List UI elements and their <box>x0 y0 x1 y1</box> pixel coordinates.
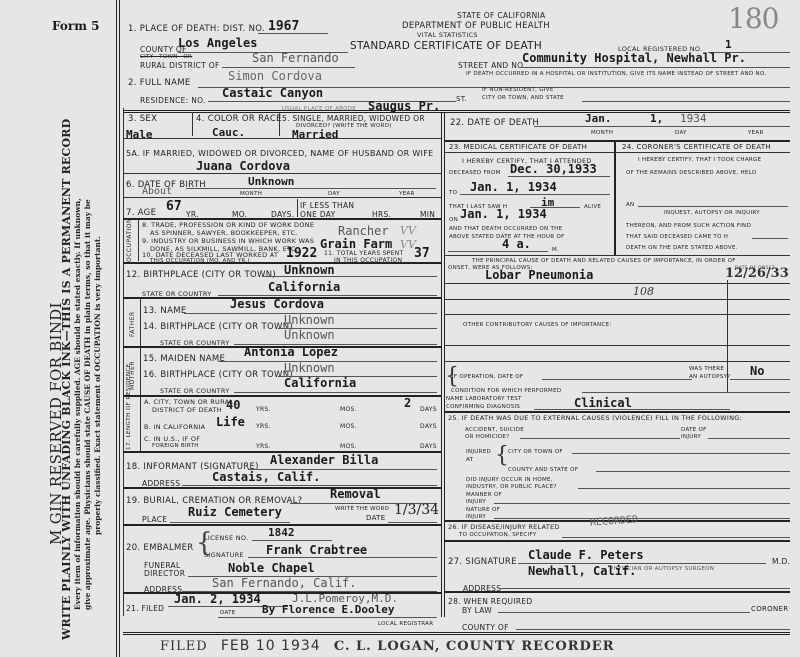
hospital-note: IF DEATH OCCURRED IN A HOSPITAL OR INSTI… <box>466 71 766 77</box>
place-of-death-label: 1. PLACE OF DEATH: DIST. NO. <box>128 24 265 34</box>
mother-birthplace-state: California <box>284 376 356 390</box>
injured-at-label-2: AT <box>466 457 473 463</box>
local-registered-value: 1 <box>725 38 732 51</box>
injury-county-label: COUNTY AND STATE OF <box>508 467 578 473</box>
recorded-stamp: RECORDED <box>590 514 639 528</box>
nature-label-1: NATURE OF <box>466 507 500 513</box>
filed-by: By Florence E.Dooley <box>262 603 394 616</box>
frame-left-border <box>116 0 120 657</box>
injured-at-label-1: INJURED <box>466 449 491 455</box>
res-b-yrs: YRS. <box>256 423 271 430</box>
burial-date: 1/3/34 <box>394 502 439 518</box>
date-of-injury-label-2: INJURY <box>681 434 701 440</box>
cause-code: 108 <box>633 285 654 298</box>
city-town-label: CITY—TOWN—OR <box>140 54 192 60</box>
deceased-from-label: DECEASED FROM <box>449 170 501 176</box>
burial-type: Removal <box>330 487 381 501</box>
license-value: 1842 <box>268 526 295 539</box>
death-month-label: MONTH <box>591 130 613 136</box>
coroner-county-label: COUNTY OF <box>462 623 509 632</box>
age-label: 7. AGE <box>126 208 156 218</box>
rural-district-label: RURAL DISTRICT OF <box>140 61 220 70</box>
burial-place: Ruiz Cemetery <box>188 505 282 519</box>
father-birthplace-state: Unknown <box>284 328 335 342</box>
death-year: 1934 <box>680 112 707 125</box>
margin-instructions-2: give approximate age. Physicians should … <box>83 199 92 610</box>
lab-test-label-2: CONFIRMING DIAGNOSIS <box>446 404 520 410</box>
form-number: Form 5 <box>52 19 99 33</box>
res-c-label-1: C. IN U.S., IF OF <box>144 435 200 443</box>
res-a-days-label: DAYS <box>420 406 437 413</box>
marital-value: Married <box>292 128 338 141</box>
when-required-label-2: BY LAW <box>462 606 492 615</box>
margin-ink-warning: WRITE PLAINLY WITH UNFADING BLACK INK—TH… <box>60 119 73 640</box>
recorder-filed-stamp: FILED FEB 10 1934 C. L. LOGAN, COUNTY RE… <box>160 638 615 654</box>
state-header: STATE OF CALIFORNIA <box>457 11 545 20</box>
operation-date-label: IF OPERATION, DATE OF <box>452 374 523 380</box>
burial-place-label: PLACE <box>142 515 167 524</box>
margin-instructions-3: properly classified. Exact statement of … <box>93 236 102 535</box>
occ-related-label-2: TO OCCUPATION, SPECIFY <box>459 532 537 538</box>
cause-of-death: Lobar Pneumonia <box>485 268 593 282</box>
coroner-an-label: AN <box>626 202 634 208</box>
death-certificate-page: Form 5 M GIN RESERVED FOR BINDI WRITE PL… <box>0 0 800 657</box>
coroner-line-3: THEREON, AND FROM SUCH ACTION FIND <box>626 223 751 229</box>
father-birthplace-label: 14. BIRTHPLACE (CITY OR TOWN) <box>143 322 293 332</box>
last-worked-value: 1922 <box>286 246 317 261</box>
res-b-label: B. IN CALIFORNIA <box>144 423 205 431</box>
residence-label: RESIDENCE: NO. <box>140 96 206 105</box>
res-a-days: 2 <box>404 396 411 410</box>
industry-value: Grain Farm <box>320 237 392 251</box>
burial-write-word: WRITE THE WORD <box>335 506 389 512</box>
trade-check-marks: VV <box>400 224 416 237</box>
margin-instructions-1: Every item of information should be care… <box>73 198 82 610</box>
full-name-value: Simon Cordova <box>228 69 322 83</box>
informant-address: Castais, Calif. <box>212 470 320 484</box>
physician-signature-label: 27. SIGNATURE <box>448 557 517 567</box>
physician-signature: Claude F. Peters <box>528 548 644 562</box>
occ-related-label-1: 26. IF DISEASE/INJURY RELATED <box>448 523 560 531</box>
certificate-title: STANDARD CERTIFICATE OF DEATH <box>350 40 542 52</box>
street-label: STREET AND NO. <box>458 61 526 70</box>
funeral-director-value: Noble Chapel <box>228 561 315 575</box>
res-a-yrs: YRS. <box>256 406 271 413</box>
manner-label-1: MANNER OF <box>466 492 502 498</box>
attended-from: Dec. 30,1933 <box>510 162 597 176</box>
street-value: Community Hospital, Newhall Pr. <box>522 51 746 65</box>
attended-to-label: TO <box>449 190 457 196</box>
on-label: ON <box>449 217 458 223</box>
filed-date: Jan. 2, 1934 <box>174 592 261 606</box>
res-b-days-label: DAYS <box>420 423 437 430</box>
trade-label-1: 8. TRADE, PROFESSION OR KIND OF WORK DON… <box>142 221 314 229</box>
recorder-name: C. L. LOGAN, COUNTY RECORDER <box>334 639 615 654</box>
res-a-years: 40 <box>226 398 240 412</box>
funeral-director-label-2: DIRECTOR <box>144 569 185 578</box>
onset-date: 12/26/33 <box>725 266 789 281</box>
county-value: Los Angeles <box>178 36 257 50</box>
autopsy-label-1: WAS THERE <box>689 366 724 372</box>
father-side-label: FATHER <box>129 311 136 337</box>
mother-maiden-label: 15. MAIDEN NAME <box>143 354 225 364</box>
last-saw-date: Jan. 1, 1934 <box>460 207 547 221</box>
lab-test-value: Clinical <box>574 396 632 410</box>
filed-date-label: DATE <box>220 610 236 616</box>
trade-value: Rancher <box>338 224 389 238</box>
hour-m-label: M. <box>552 247 559 253</box>
father-name-value: Jesus Cordova <box>230 297 324 311</box>
medical-cert-title: 23. MEDICAL CERTIFICATE OF DEATH <box>449 143 587 151</box>
dob-value: Unknown <box>248 175 294 188</box>
coroner-label: CORONER <box>751 605 788 613</box>
death-day-label: DAY <box>675 130 687 136</box>
residence-value: Castaic Canyon <box>222 86 323 100</box>
attended-to: Jan. 1, 1934 <box>470 180 557 194</box>
res-a-mos: MOS. <box>340 406 357 413</box>
local-registrar-label: LOCAL REGISTRAR <box>378 621 433 627</box>
department-header: DEPARTMENT OF PUBLIC HEALTH <box>402 21 550 31</box>
birthplace-city: Unknown <box>284 263 335 277</box>
injury-where-label-2: INDUSTRY, OR PUBLIC PLACE? <box>466 484 557 490</box>
residence-st-suffix: ST. <box>456 95 467 103</box>
res-c-mos: MOS. <box>340 443 357 450</box>
autopsy-value: No <box>750 364 764 378</box>
father-name-label: 13. NAME <box>143 306 187 316</box>
embalmer-signature: Frank Crabtree <box>266 543 367 557</box>
total-years-label-1: 11. TOTAL YEARS SPENT <box>324 250 404 257</box>
death-hour: 4 a. <box>502 237 531 251</box>
birthplace-label: 12. BIRTHPLACE (CITY OR TOWN) <box>126 270 276 280</box>
recorder-filed-date: FEB 10 1934 <box>221 638 321 654</box>
recorder-filed-word: FILED <box>160 639 208 654</box>
informant-name: Alexander Billa <box>270 453 378 467</box>
less-than-label-1: IF LESS THAN <box>300 201 354 210</box>
occupation-side-label: OCCUPATION <box>126 218 133 262</box>
nonresident-label-1: IF NON-RESIDENT, GIVE <box>482 87 554 93</box>
injured-brace: { <box>495 443 509 468</box>
race-label: 4. COLOR OR RACE <box>196 114 282 124</box>
date-of-death-label: 22. DATE OF DEATH <box>450 118 539 128</box>
coroner-line-1: I HEREBY CERTIFY, THAT I TOOK CHARGE <box>638 157 761 163</box>
other-causes-label: OTHER CONTRIBUTORY CAUSES OF IMPORTANCE: <box>463 322 612 328</box>
coroner-line-4: THAT SAID DECEASED CAME TO H <box>626 234 728 240</box>
when-required-label-1: 28. WHEN REQUIRED <box>448 597 532 606</box>
coroner-line-2: OF THE REMAINS DESCRIBED ABOVE, HELD <box>626 170 757 176</box>
principal-cause-label-1: THE PRINCIPAL CAUSE OF DEATH AND RELATED… <box>472 258 736 264</box>
res-c-yrs: YRS. <box>256 443 271 450</box>
nonresident-label-2: CITY OR TOWN, AND STATE <box>482 95 564 101</box>
birthplace-state: California <box>268 280 340 294</box>
accident-label-2: OR HOMICIDE? <box>465 434 509 440</box>
death-year-label: YEAR <box>748 130 764 136</box>
trade-label-2: AS SPINNER, SAWYER, BOOKKEEPER, ETC. <box>150 229 298 237</box>
burial-date-label: DATE <box>366 514 385 522</box>
division-header: VITAL STATISTICS <box>417 31 478 39</box>
mother-birthplace-label: 16. BIRTHPLACE (CITY OR TOWN) <box>143 370 293 380</box>
death-day: 1, <box>650 112 663 125</box>
injury-where-label-1: DID INJURY OCCUR IN HOME, <box>466 477 553 483</box>
autopsy-label-2: AN AUTOPSY? <box>689 374 731 380</box>
rural-district-value: San Fernando <box>252 51 339 65</box>
manner-label-2: INJURY <box>466 499 486 505</box>
md-label: M.D. <box>772 557 790 566</box>
mother-birthplace-city: Unknown <box>284 361 335 375</box>
occurred-label-1: AND THAT DEATH OCCURRED ON THE <box>449 226 562 232</box>
full-name-label: 2. FULL NAME <box>128 78 191 88</box>
residence-length-side-label: 17. LENGTH OF RESIDENCE <box>126 363 132 450</box>
embalmer-label: 20. EMBALMER <box>126 543 194 553</box>
death-month: Jan. <box>585 112 612 125</box>
res-a-label-2: DISTRICT OF DEATH <box>152 406 222 414</box>
res-b-mos: MOS. <box>340 423 357 430</box>
license-label: LICENSE NO. <box>204 534 248 542</box>
mother-state-label: STATE OR COUNTRY <box>160 387 230 395</box>
res-a-label-1: A. CITY, TOWN OR RURAL <box>144 398 233 406</box>
marital-label-1: 5. SINGLE, MARRIED, WIDOWED OR <box>282 114 425 123</box>
sex-value: Male <box>126 128 153 141</box>
physician-city: Newhall, Calif. <box>528 564 636 578</box>
total-years-value: 37 <box>414 246 430 261</box>
coroner-line-5: DEATH ON THE DATE STATED ABOVE. <box>626 245 738 251</box>
alive-label: ALIVE <box>584 204 601 210</box>
embalmer-address: San Fernando, Calif. <box>212 576 357 590</box>
embalmer-signature-label: SIGNATURE <box>204 551 244 559</box>
age-value: 67 <box>166 199 182 214</box>
condition-performed-label: CONDITION FOR WHICH PERFORMED <box>451 388 561 394</box>
injury-city-label: CITY OR TOWN OF <box>508 449 563 455</box>
date-of-injury-label-1: DATE OF <box>681 427 707 433</box>
inquest-label: INQUEST, AUTOPSY OR INQUIRY <box>664 210 760 216</box>
coroner-cert-title: 24. CORONER'S CERTIFICATE OF DEATH <box>622 143 771 151</box>
res-b-years: Life <box>216 415 245 429</box>
industry-label-1: 9. INDUSTRY OR BUSINESS IN WHICH WORK WA… <box>142 237 314 245</box>
res-c-label-2: FOREIGN BIRTH <box>152 443 199 449</box>
spouse-value: Juana Cordova <box>196 159 290 173</box>
father-birthplace-city: Unknown <box>284 313 335 327</box>
stamp-number: 180 <box>728 2 778 35</box>
filed-label: 21. FILED <box>126 604 164 613</box>
footer-divider <box>123 632 790 635</box>
age-about-note: About <box>142 186 172 197</box>
spouse-label: 5A. IF MARRIED, WIDOWED OR DIVORCED, NAM… <box>126 149 433 158</box>
res-c-days-label: DAYS <box>420 443 437 450</box>
accident-label-1: ACCIDENT, SUICIDE <box>465 427 524 433</box>
mother-maiden-value: Antonia Lopez <box>244 345 338 359</box>
dist-number: 1967 <box>268 19 299 34</box>
sex-label: 3. SEX <box>128 114 157 124</box>
frame-inner-left <box>123 108 124 616</box>
lab-test-label-1: NAME LABORATORY TEST <box>446 396 522 402</box>
external-causes-title: 25. IF DEATH WAS DUE TO EXTERNAL CAUSES … <box>448 414 742 422</box>
